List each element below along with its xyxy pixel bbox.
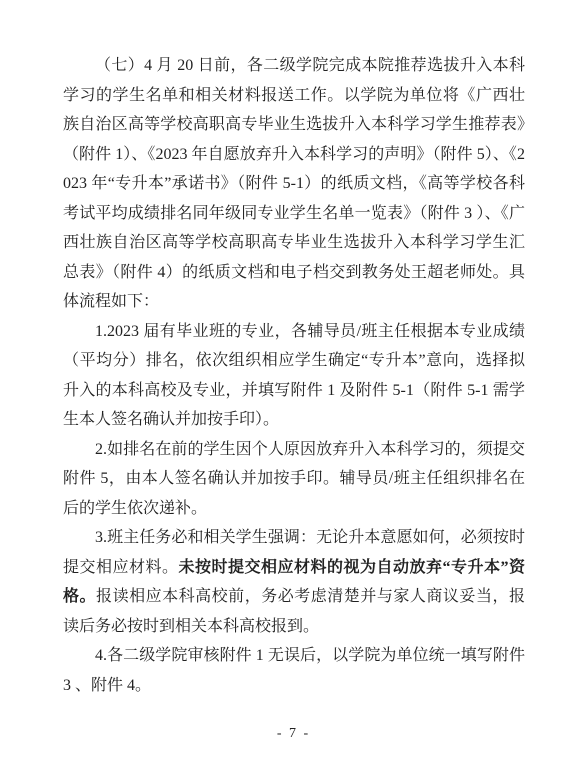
paragraph-text: 2.如排名在前的学生因个人原因放弃升入本科学习的，须提交附件 5，由本人签名确认…	[63, 441, 525, 517]
paragraph-item-1: 1.2023 届有毕业班的专业，各辅导员/班主任根据本专业成绩（平均分）排名，依…	[63, 317, 525, 435]
paragraph-intro: （七）4 月 20 日前，各二级学院完成本院推荐选拔升入本科学习的学生名单和相关…	[63, 51, 525, 317]
paragraph-text: 1.2023 届有毕业班的专业，各辅导员/班主任根据本专业成绩（平均分）排名，依…	[63, 323, 525, 429]
paragraph-item-3: 3.班主任务必和相关学生强调：无论升本意愿如何，必须按时提交相应材料。未按时提交…	[63, 523, 525, 641]
document-page: （七）4 月 20 日前，各二级学院完成本院推荐选拔升入本科学习的学生名单和相关…	[0, 0, 587, 774]
document-body: （七）4 月 20 日前，各二级学院完成本院推荐选拔升入本科学习的学生名单和相关…	[63, 51, 525, 700]
paragraph-text: （七）4 月 20 日前，各二级学院完成本院推荐选拔升入本科学习的学生名单和相关…	[63, 57, 525, 310]
paragraph-text: 4.各二级学院审核附件 1 无误后，以学院为单位统一填写附件 3 、附件 4。	[63, 647, 525, 694]
paragraph-text: 报读相应本科高校前，务必考虑清楚并与家人商议妥当，报读后务必按时到相关本科高校报…	[63, 588, 525, 635]
paragraph-item-2: 2.如排名在前的学生因个人原因放弃升入本科学习的，须提交附件 5，由本人签名确认…	[63, 435, 525, 524]
paragraph-item-4: 4.各二级学院审核附件 1 无误后，以学院为单位统一填写附件 3 、附件 4。	[63, 641, 525, 700]
page-number: - 7 -	[0, 726, 587, 742]
